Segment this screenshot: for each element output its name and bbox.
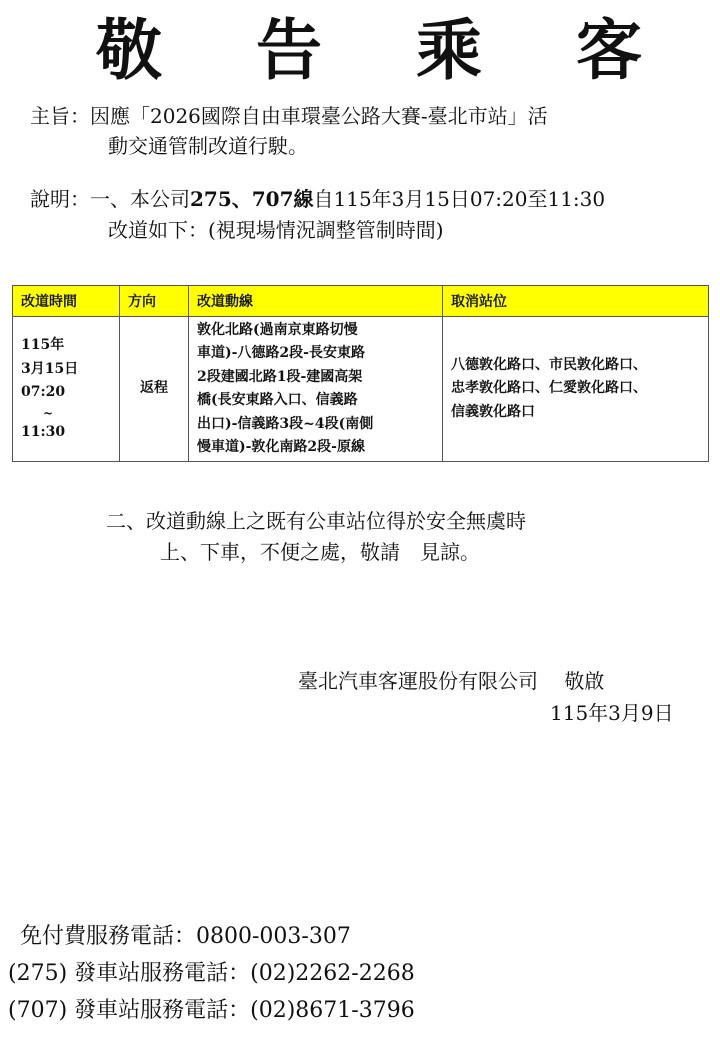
route-707-phone: (707) 發車站服務電話：(02)8671-3796 <box>8 992 415 1029</box>
description-prefix: 一、本公司 <box>90 187 190 211</box>
route-line: 橋(長安東路入口、信義路 <box>197 389 434 413</box>
time-separator: ~ <box>21 405 111 421</box>
description-line-2: 改道如下：(視現場情況調整管制時間) <box>108 216 444 244</box>
title-char: 告 <box>256 10 322 90</box>
subject-line-2: 動交通管制改道行駛。 <box>108 132 308 160</box>
toll-free-phone: 免付費服務電話：0800-003-307 <box>20 918 351 955</box>
title-char: 敬 <box>96 10 162 90</box>
subject-label: 主旨： <box>30 104 90 128</box>
table-header-row: 改道時間 方向 改道動線 取消站位 <box>13 286 709 317</box>
route-line: 車道)-八德路2段-長安東路 <box>197 342 434 366</box>
header-cancelled-stops: 取消站位 <box>443 286 709 317</box>
stops-line: 信義敦化路口 <box>451 401 700 425</box>
time-line: 115年 <box>21 334 111 358</box>
subject-line-1: 主旨：因應「2026國際自由車環臺公路大賽-臺北市站」活 <box>30 102 548 130</box>
route-line: 慢車道)-敦化南路2段-原線 <box>197 436 434 460</box>
table-row: 115年 3月15日 07:20 ~ 11:30 返程 敦化北路(過南京東路切慢… <box>13 317 709 462</box>
route-line: 2段建國北路1段-建國高架 <box>197 366 434 390</box>
stops-line: 八德敦化路口、市民敦化路口、 <box>451 354 700 378</box>
header-time: 改道時間 <box>13 286 120 317</box>
affected-routes: 275、707線 <box>190 187 314 211</box>
detour-table: 改道時間 方向 改道動線 取消站位 115年 3月15日 07:20 ~ 11:… <box>12 285 709 462</box>
title-char: 客 <box>576 10 642 90</box>
route-275-phone: (275) 發車站服務電話：(02)2262-2268 <box>8 955 415 992</box>
description-suffix: 自115年3月15日07:20至11:30 <box>314 187 606 211</box>
notice-date: 115年3月9日 <box>550 699 674 727</box>
cell-time: 115年 3月15日 07:20 ~ 11:30 <box>13 317 120 462</box>
item2-line-1: 二、改道動線上之既有公車站位得於安全無虞時 <box>106 507 526 535</box>
title-char: 乘 <box>416 10 482 90</box>
time-line: 3月15日 <box>21 358 111 382</box>
notice-title: 敬 告 乘 客 <box>0 10 720 90</box>
time-line: 07:20 <box>21 381 111 405</box>
time-line: 11:30 <box>21 421 111 445</box>
cell-direction: 返程 <box>120 317 189 462</box>
description-line-1: 說明：一、本公司275、707線自115年3月15日07:20至11:30 <box>30 185 605 213</box>
route-line: 出口)-信義路3段~4段(南側 <box>197 413 434 437</box>
header-detour-route: 改道動線 <box>189 286 443 317</box>
stops-line: 忠孝敦化路口、仁愛敦化路口、 <box>451 377 700 401</box>
cell-cancelled-stops: 八德敦化路口、市民敦化路口、 忠孝敦化路口、仁愛敦化路口、 信義敦化路口 <box>443 317 709 462</box>
subject-text: 因應「2026國際自由車環臺公路大賽-臺北市站」活 <box>90 104 548 128</box>
description-label: 說明： <box>30 187 90 211</box>
company-signature: 臺北汽車客運股份有限公司 敬啟 <box>298 667 604 695</box>
header-direction: 方向 <box>120 286 189 317</box>
cell-detour-route: 敦化北路(過南京東路切慢 車道)-八德路2段-長安東路 2段建國北路1段-建國高… <box>189 317 443 462</box>
route-line: 敦化北路(過南京東路切慢 <box>197 319 434 343</box>
item2-line-2: 上、下車，不便之處，敬請 見諒。 <box>160 538 480 566</box>
